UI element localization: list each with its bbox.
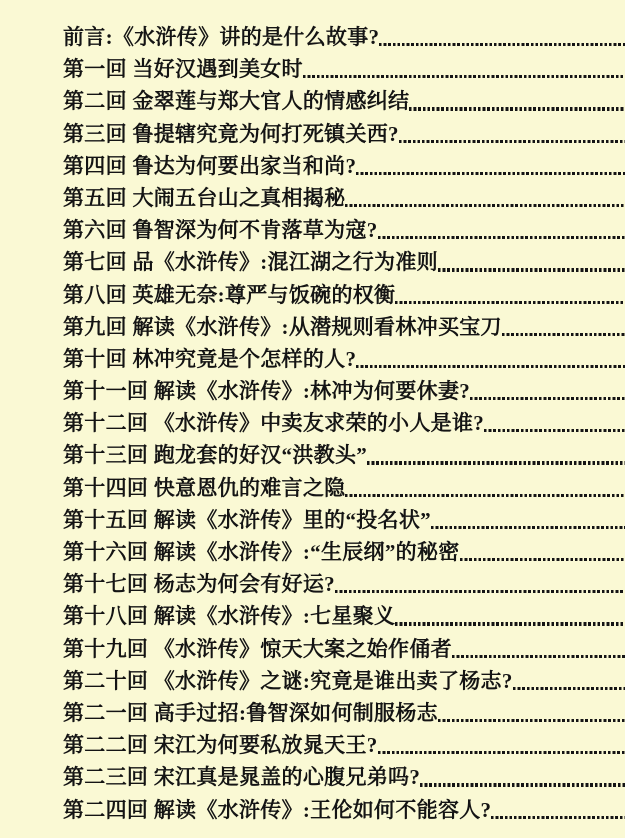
dot-leader — [345, 204, 625, 207]
dot-leader — [470, 397, 625, 400]
toc-entry: 前言:《水浒传》讲的是什么故事? — [63, 21, 625, 53]
toc-entry: 第十六回 解读《水浒传》:“生辰纲”的秘密 — [63, 536, 625, 568]
toc-entry-text: 第十八回 解读《水浒传》:七星聚义 — [63, 600, 395, 630]
toc-entry: 第二一回 高手过招:鲁智深如何制服杨志 — [63, 697, 625, 729]
dot-leader — [378, 236, 625, 239]
dot-leader — [484, 429, 625, 432]
dot-leader — [356, 172, 625, 175]
toc-entry-text: 第十一回 解读《水浒传》:林冲为何要休妻? — [63, 375, 470, 405]
toc-entry-text: 第三回 鲁提辖究竟为何打死镇关西? — [63, 118, 399, 148]
dot-leader — [356, 365, 625, 368]
toc-entry: 第十九回 《水浒传》惊天大案之始作俑者 — [63, 633, 625, 665]
dot-leader — [438, 719, 625, 722]
toc-entry-text: 第六回 鲁智深为何不肯落草为寇? — [63, 214, 378, 244]
dot-leader — [303, 75, 625, 78]
toc-entry-text: 第五回 大闹五台山之真相揭秘 — [63, 182, 345, 212]
toc-entry: 第一回 当好汉遇到美女时 — [63, 53, 625, 85]
dot-leader — [460, 558, 625, 561]
toc-entry-text: 第九回 解读《水浒传》:从潜规则看林冲买宝刀 — [63, 311, 502, 341]
toc-entry: 第二三回 宋江真是晁盖的心腹兄弟吗? — [63, 761, 625, 793]
dot-leader — [452, 655, 625, 658]
toc-entry: 第二回 金翠莲与郑大官人的情感纠结 — [63, 85, 625, 117]
toc-entry: 第六回 鲁智深为何不肯落草为寇? — [63, 214, 625, 246]
dot-leader — [335, 590, 625, 593]
toc-entry: 第二四回 解读《水浒传》:王伦如何不能容人? — [63, 794, 625, 826]
toc-entry-text: 第二二回 宋江为何要私放晁天王? — [63, 729, 378, 759]
dot-leader — [395, 301, 625, 304]
dot-leader — [379, 43, 625, 46]
toc-entry-text: 第二四回 解读《水浒传》:王伦如何不能容人? — [63, 794, 491, 824]
toc-entry-text: 第十二回 《水浒传》中卖友求荣的小人是谁? — [63, 407, 484, 437]
dot-leader — [367, 461, 625, 464]
toc-entry-text: 第二一回 高手过招:鲁智深如何制服杨志 — [63, 697, 438, 727]
toc-entry: 第十七回 杨志为何会有好运? — [63, 568, 625, 600]
dot-leader — [502, 333, 625, 336]
toc-entry-text: 第四回 鲁达为何要出家当和尚? — [63, 150, 356, 180]
dot-leader — [438, 268, 625, 271]
toc-entry: 第九回 解读《水浒传》:从潜规则看林冲买宝刀 — [63, 311, 625, 343]
toc-entry-text: 第十七回 杨志为何会有好运? — [63, 568, 335, 598]
toc-list: 前言:《水浒传》讲的是什么故事?第一回 当好汉遇到美女时第二回 金翠莲与郑大官人… — [63, 21, 625, 826]
toc-entry: 第十一回 解读《水浒传》:林冲为何要休妻? — [63, 375, 625, 407]
dot-leader — [409, 107, 625, 110]
toc-entry-text: 前言:《水浒传》讲的是什么故事? — [63, 21, 379, 51]
toc-entry: 第二十回 《水浒传》之谜:究竟是谁出卖了杨志? — [63, 665, 625, 697]
toc-entry: 第十五回 解读《水浒传》里的“投名状” — [63, 504, 625, 536]
toc-page: 前言:《水浒传》讲的是什么故事?第一回 当好汉遇到美女时第二回 金翠莲与郑大官人… — [0, 0, 625, 838]
toc-entry-text: 第十回 林冲究竟是个怎样的人? — [63, 343, 356, 373]
dot-leader — [513, 687, 625, 690]
toc-entry: 第十四回 快意恩仇的难言之隐 — [63, 472, 625, 504]
dot-leader — [399, 140, 625, 143]
toc-entry-text: 第十三回 跑龙套的好汉“洪教头” — [63, 439, 367, 469]
toc-entry-text: 第一回 当好汉遇到美女时 — [63, 53, 303, 83]
toc-entry-text: 第八回 英雄无奈:尊严与饭碗的权衡 — [63, 279, 395, 309]
toc-entry-text: 第二十回 《水浒传》之谜:究竟是谁出卖了杨志? — [63, 665, 513, 695]
toc-entry: 第五回 大闹五台山之真相揭秘 — [63, 182, 625, 214]
dot-leader — [431, 526, 625, 529]
toc-entry: 第十回 林冲究竟是个怎样的人? — [63, 343, 625, 375]
dot-leader — [491, 816, 625, 819]
toc-entry: 第四回 鲁达为何要出家当和尚? — [63, 150, 625, 182]
toc-entry-text: 第十六回 解读《水浒传》:“生辰纲”的秘密 — [63, 536, 460, 566]
toc-entry-text: 第七回 品《水浒传》:混江湖之行为准则 — [63, 246, 438, 276]
toc-entry: 第十二回 《水浒传》中卖友求荣的小人是谁? — [63, 407, 625, 439]
toc-entry-text: 第十五回 解读《水浒传》里的“投名状” — [63, 504, 431, 534]
toc-entry: 第七回 品《水浒传》:混江湖之行为准则 — [63, 246, 625, 278]
dot-leader — [345, 494, 625, 497]
toc-entry-text: 第十四回 快意恩仇的难言之隐 — [63, 472, 345, 502]
toc-entry-text: 第十九回 《水浒传》惊天大案之始作俑者 — [63, 633, 452, 663]
toc-entry: 第十三回 跑龙套的好汉“洪教头” — [63, 439, 625, 471]
toc-entry: 第三回 鲁提辖究竟为何打死镇关西? — [63, 118, 625, 150]
toc-entry: 第二二回 宋江为何要私放晁天王? — [63, 729, 625, 761]
dot-leader — [395, 622, 625, 625]
dot-leader — [420, 783, 625, 786]
toc-entry-text: 第二三回 宋江真是晁盖的心腹兄弟吗? — [63, 761, 420, 791]
toc-entry: 第十八回 解读《水浒传》:七星聚义 — [63, 600, 625, 632]
toc-entry: 第八回 英雄无奈:尊严与饭碗的权衡 — [63, 279, 625, 311]
toc-entry-text: 第二回 金翠莲与郑大官人的情感纠结 — [63, 85, 409, 115]
dot-leader — [378, 751, 625, 754]
